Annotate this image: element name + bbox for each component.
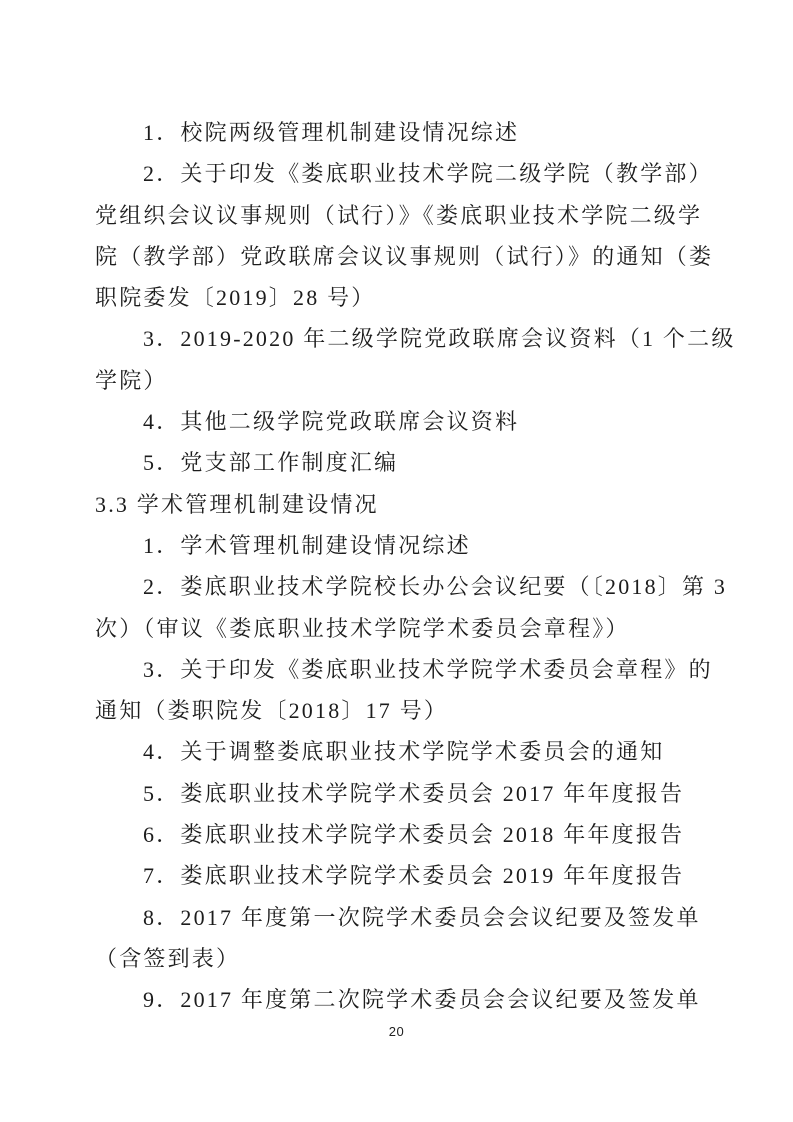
text-line: 党组织会议议事规则（试行）》《娄底职业技术学院二级学: [95, 195, 725, 236]
text-line: 7．娄底职业技术学院学术委员会 2019 年年度报告: [95, 855, 725, 896]
text-line: 学院）: [95, 360, 725, 401]
document-page: 1．校院两级管理机制建设情况综述2．关于印发《娄底职业技术学院二级学院（教学部）…: [0, 0, 793, 1122]
text-line: 4．其他二级学院党政联席会议资料: [95, 401, 725, 442]
text-line: 1．校院两级管理机制建设情况综述: [95, 112, 725, 153]
page-number: 20: [0, 1024, 793, 1039]
text-line: 9．2017 年度第二次院学术委员会会议纪要及签发单: [95, 979, 725, 1020]
text-line: 8．2017 年度第一次院学术委员会会议纪要及签发单: [95, 897, 725, 938]
document-body: 1．校院两级管理机制建设情况综述2．关于印发《娄底职业技术学院二级学院（教学部）…: [95, 112, 725, 1021]
text-line: （含签到表）: [95, 938, 725, 979]
text-line: 2．关于印发《娄底职业技术学院二级学院（教学部）: [95, 153, 725, 194]
text-line: 院（教学部）党政联席会议议事规则（试行）》的通知（娄: [95, 236, 725, 277]
text-line: 4．关于调整娄底职业技术学院学术委员会的通知: [95, 731, 725, 772]
text-line: 5．党支部工作制度汇编: [95, 442, 725, 483]
text-line: 次）（审议《娄底职业技术学院学术委员会章程》）: [95, 608, 725, 649]
text-line: 2．娄底职业技术学院校长办公会议纪要（〔2018〕第 3: [95, 566, 725, 607]
text-line: 3．2019-2020 年二级学院党政联席会议资料（1 个二级: [95, 318, 725, 359]
text-line: 职院委发〔2019〕28 号）: [95, 277, 725, 318]
text-line: 6．娄底职业技术学院学术委员会 2018 年年度报告: [95, 814, 725, 855]
text-line: 5．娄底职业技术学院学术委员会 2017 年年度报告: [95, 773, 725, 814]
section-heading: 3.3 学术管理机制建设情况: [95, 484, 725, 525]
text-line: 通知（娄职院发〔2018〕17 号）: [95, 690, 725, 731]
text-line: 1．学术管理机制建设情况综述: [95, 525, 725, 566]
text-line: 3．关于印发《娄底职业技术学院学术委员会章程》的: [95, 649, 725, 690]
